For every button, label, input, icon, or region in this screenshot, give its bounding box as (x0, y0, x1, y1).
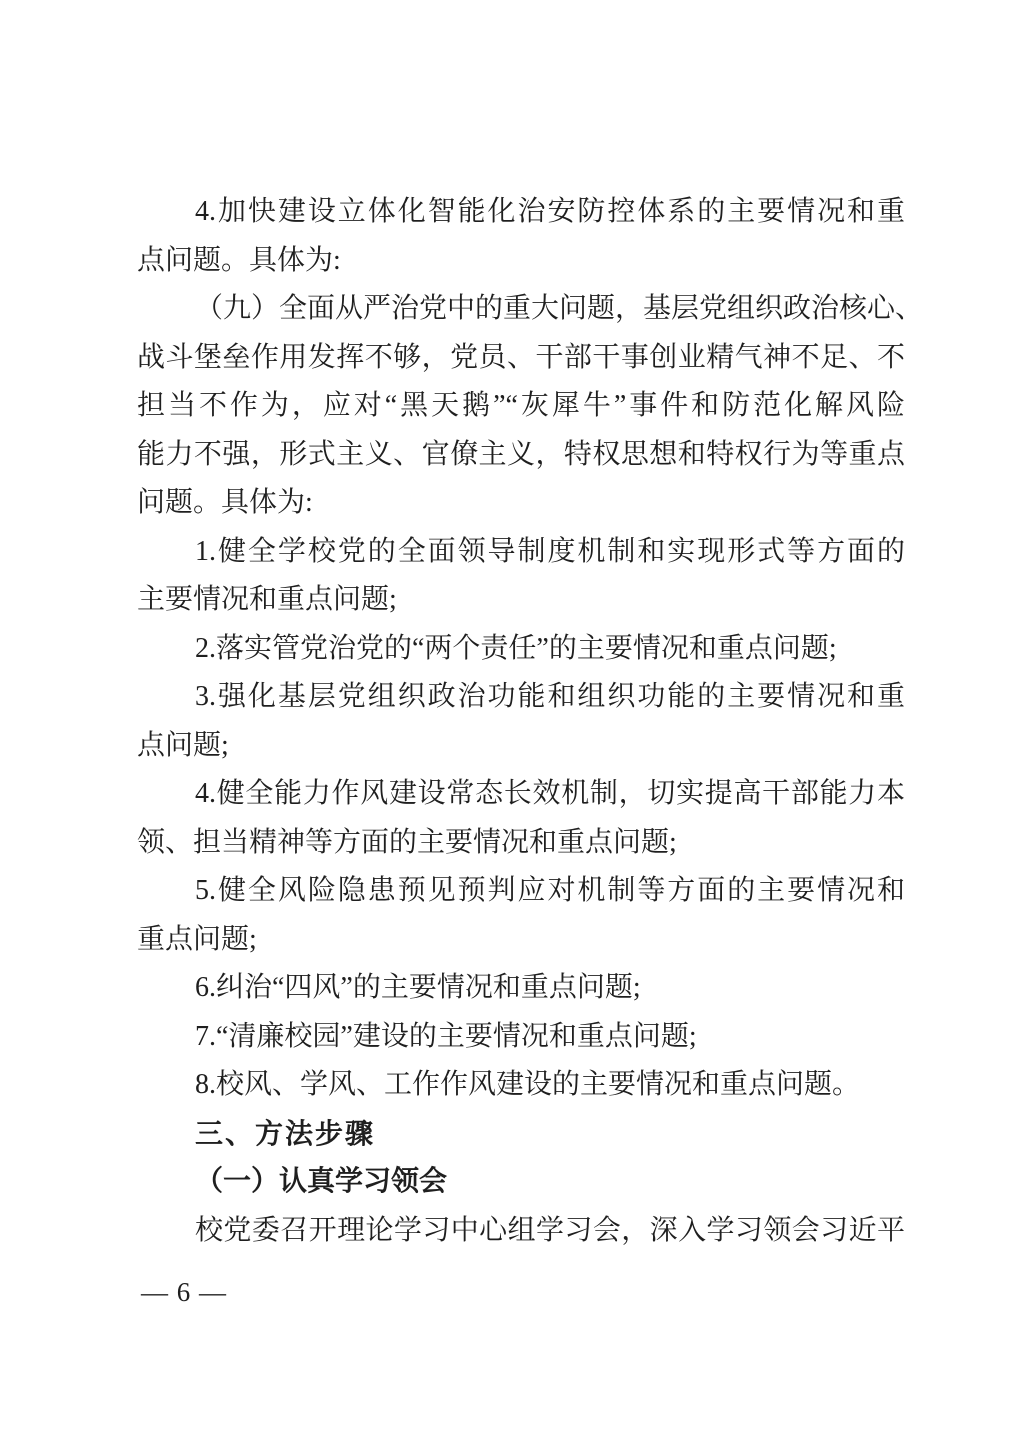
text-line: 1.健全学校党的全面领导制度机制和实现形式等方面的 (137, 528, 905, 577)
text-line: 战斗堡垒作用发挥不够，党员、干部干事创业精气神不足、不 (137, 334, 905, 383)
text-line: 主要情况和重点问题; (137, 576, 905, 625)
text-line: 4.加快建设立体化智能化治安防控体系的主要情况和重 (137, 188, 905, 237)
text-line: （一）认真学习领会 (137, 1158, 905, 1207)
text-line: 5.健全风险隐患预见预判应对机制等方面的主要情况和 (137, 867, 905, 916)
document-body: 4.加快建设立体化智能化治安防控体系的主要情况和重点问题。具体为:（九）全面从严… (137, 188, 905, 1255)
document-page: 4.加快建设立体化智能化治安防控体系的主要情况和重点问题。具体为:（九）全面从严… (0, 0, 1024, 1448)
text-line: 点问题。具体为: (137, 237, 905, 286)
text-line: 能力不强，形式主义、官僚主义，特权思想和特权行为等重点 (137, 431, 905, 480)
text-line: 7.“清廉校园”建设的主要情况和重点问题; (137, 1013, 905, 1062)
text-line: 问题。具体为: (137, 479, 905, 528)
page-number: — 6 — (141, 1277, 227, 1307)
text-line: 重点问题; (137, 916, 905, 965)
text-line: 领、担当精神等方面的主要情况和重点问题; (137, 819, 905, 868)
text-line: 三、方法步骤 (137, 1110, 905, 1159)
text-line: 担当不作为，应对“黑天鹅”“灰犀牛”事件和防范化解风险 (137, 382, 905, 431)
text-line: （九）全面从严治党中的重大问题，基层党组织政治核心、 (137, 285, 905, 334)
page-footer: — 6 — (141, 1272, 227, 1312)
text-line: 8.校风、学风、工作作风建设的主要情况和重点问题。 (137, 1061, 905, 1110)
text-line: 3.强化基层党组织政治功能和组织功能的主要情况和重 (137, 673, 905, 722)
text-line: 4.健全能力作风建设常态长效机制，切实提高干部能力本 (137, 770, 905, 819)
text-line: 点问题; (137, 722, 905, 771)
text-line: 2.落实管党治党的“两个责任”的主要情况和重点问题; (137, 625, 905, 674)
text-line: 6.纠治“四风”的主要情况和重点问题; (137, 964, 905, 1013)
text-line: 校党委召开理论学习中心组学习会，深入学习领会习近平 (137, 1207, 905, 1256)
